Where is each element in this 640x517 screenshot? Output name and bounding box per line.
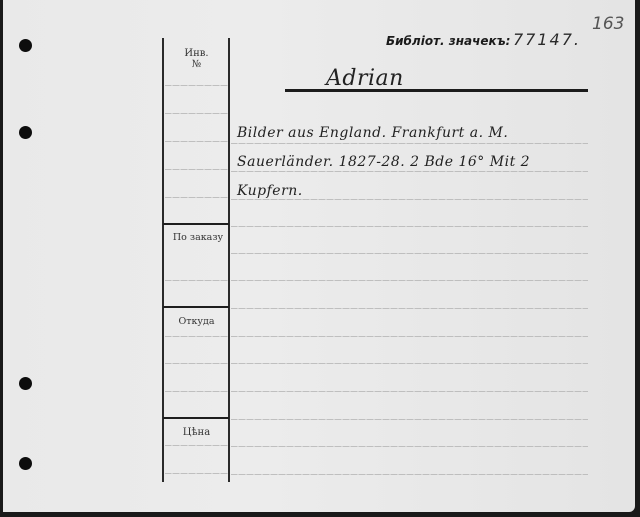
section-divider [163,417,229,419]
from-where-label: Откуда [165,316,228,327]
description-line-3: Kupfern. [237,183,303,199]
description-line-2: Sauerländer. 1827-28. 2 Bde 16° Mit 2 [237,154,530,170]
ruled-line [231,419,588,420]
ruled-line [231,143,588,144]
inventory-label-line2: № [165,59,228,70]
author-underline [285,89,588,92]
ruled-line [165,336,228,337]
ruled-line [231,391,588,392]
author-name: Adrian [326,66,404,91]
ruled-line [231,363,588,364]
punch-hole [19,457,32,470]
ruled-line [165,473,228,474]
library-mark-label: Библіот. значекъ: [386,34,510,48]
punch-hole [19,126,32,139]
ruled-line [165,141,228,142]
ruled-line [165,113,228,114]
ruled-line [231,253,588,254]
library-mark-value: 77147. [513,30,581,49]
ruled-line [231,308,588,309]
left-column-border [162,38,164,482]
punch-hole [19,39,32,52]
price-label: Цѣна [165,427,228,438]
inventory-label-line1: Инв. [165,48,228,59]
ruled-line [165,169,228,170]
ruled-line [231,446,588,447]
page-number: 163 [592,14,624,34]
punch-hole [19,377,32,390]
ruled-line [165,280,228,281]
ruled-line [165,197,228,198]
ruled-line [165,363,228,364]
description-line-1: Bilder aus England. Frankfurt a. M. [237,125,508,141]
ruled-line [231,226,588,227]
ruled-line [165,445,228,446]
ruled-line [231,474,588,475]
ruled-line [231,280,588,281]
section-divider [163,223,229,225]
ruled-line [231,171,588,172]
ruled-line [231,199,588,200]
catalog-card: 163 Библіот. значекъ: 77147. Инв. № По з… [3,0,635,512]
left-column-border [228,38,230,482]
inventory-label: Инв. № [165,48,228,70]
ruled-line [165,391,228,392]
section-divider [163,306,229,308]
ruled-line [165,85,228,86]
by-order-label: По заказу [165,232,231,243]
ruled-line [231,336,588,337]
